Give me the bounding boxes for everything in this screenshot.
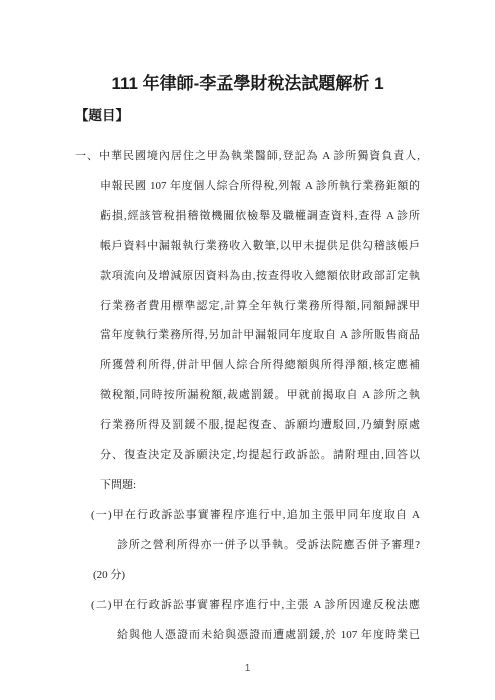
question-line: 帳戶資料中漏報執行業務收入數筆,以甲未提供足供勾稽該帳戶 <box>75 232 420 262</box>
document-page: 111 年律師-李孟學財稅法試題解析 1 【題目】 一、中華民國境內居住之甲為執… <box>0 0 495 700</box>
subquestion-1-line: (一)甲在行政訴訟事實審程序進行中,追加主張甲同年度取自 A <box>75 501 420 531</box>
question-line: 款項流向及增減原因資料為由,按查得收入總額依財政部訂定執 <box>75 262 420 292</box>
question-line: 當年度執行業務所得,另加計甲漏報同年度取自 A 診所販售商品 <box>75 321 420 351</box>
question-line: 下問題: <box>75 471 420 501</box>
document-title: 111 年律師-李孟學財稅法試題解析 1 <box>0 73 495 95</box>
question-line: 一、中華民國境內居住之甲為執業醫師,登記為 A 診所獨資負責人, <box>75 142 420 172</box>
subquestion-2-line: 給與他人憑證而未給與憑證而遭處罰鍰,於 107 年度時業已 <box>75 621 420 651</box>
question-body: 一、中華民國境內居住之甲為執業醫師,登記為 A 診所獨資負責人, 申報民國 10… <box>75 142 420 650</box>
section-header-question: 【題目】 <box>75 107 129 125</box>
subquestion-2-line: (二)甲在行政訴訟事實審程序進行中,主張 A 診所因違反稅法應 <box>75 591 420 621</box>
subquestion-1-line: 診所之營利所得亦一併予以爭執。受訴法院應否併予審理? <box>75 531 420 561</box>
subquestion-1-score: (20 分) <box>75 561 420 591</box>
question-line: 虧損,經該管稅捐稽徵機關依檢舉及職權調查資料,查得 A 診所 <box>75 202 420 232</box>
question-line: 行業務者費用標準認定,計算全年執行業務所得額,同額歸課甲 <box>75 292 420 322</box>
question-line: 所獲營利所得,併計甲個人綜合所得總額與所得淨額,核定應補 <box>75 351 420 381</box>
question-line: 徵稅額,同時按所漏稅額,裁處罰鍰。甲就前揭取自 A 診所之執 <box>75 381 420 411</box>
question-line: 行業務所得及罰鍰不服,提起復查、訴願均遭駁回,乃續對原處 <box>75 411 420 441</box>
page-number: 1 <box>0 663 495 674</box>
question-line: 分、復查決定及訴願決定,均提起行政訴訟。請附理由,回答以 <box>75 441 420 471</box>
question-line: 申報民國 107 年度個人綜合所得稅,列報 A 診所執行業務鉅額的 <box>75 172 420 202</box>
